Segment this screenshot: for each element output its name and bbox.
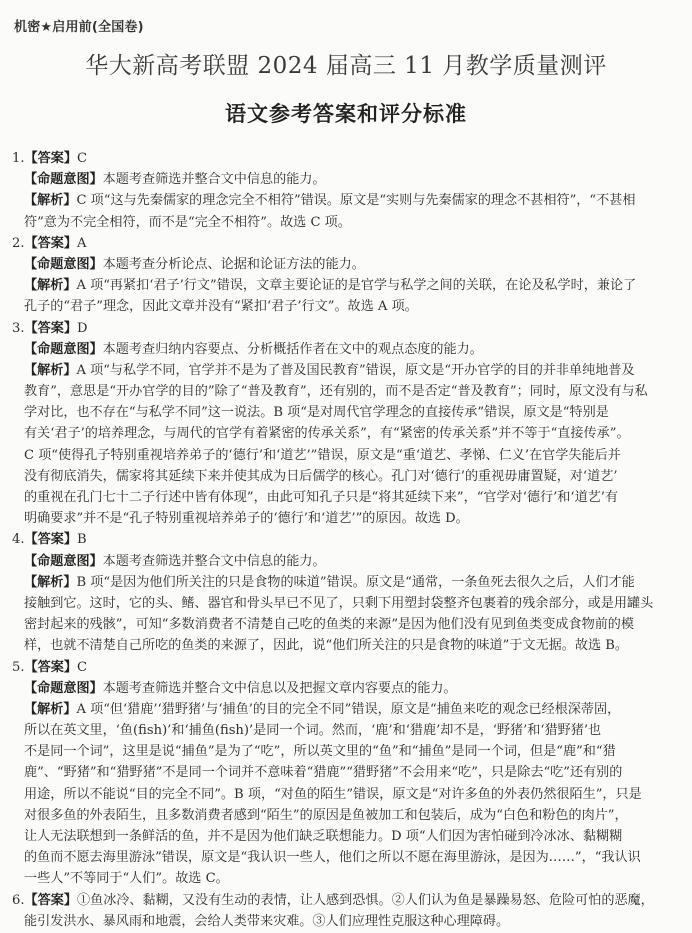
question-5-intent: 【命题意图】本题考查筛选并整合文中信息以及把握文章内容要点的能力。 [0, 678, 692, 699]
analysis-line: 样，也就不清楚自己所吃的鱼类的来源了，因此，说“他们所关注的只是食物的味道”于文… [0, 635, 692, 656]
answer-value: C [77, 660, 87, 675]
analysis-line: 有关‘君子’的培养理念，与周代的官学有着紧密的传承关系”，有“紧密的传承关系”并… [0, 423, 692, 444]
analysis-line: C 项“使得孔子特别重视培养弟子的‘德行’和‘道艺’”错误，原文是“重‘道艺、孝… [0, 445, 692, 466]
analysis-line: 所以在英文里，‘鱼(fish)’和‘捕鱼(fish)’是同一个词。然而，‘鹿’和… [0, 720, 692, 741]
analysis-line: 对很多鱼的外表陌生，且多数消费者感到“陌生”的原因是鱼被加工和包装后，成为“白色… [0, 805, 692, 826]
analysis-line: 一些人”不等同于“人们”。故选 C。 [0, 868, 692, 889]
answer-key-page: 机密★启用前(全国卷) 华大新高考联盟 2024 届高三 11 月教学质量测评 … [0, 0, 692, 933]
answers-body: 1.【答案】C 【命题意图】本题考查筛选并整合文中信息的能力。 【解析】C 项“… [0, 148, 692, 932]
question-3-answer: 3.【答案】D [0, 318, 692, 339]
answer-value: C [77, 151, 87, 166]
exam-title: 华大新高考联盟 2024 届高三 11 月教学质量测评 [0, 47, 692, 80]
analysis-line: 的重视在孔门七十二子行述中皆有体现”，由此可知孔子只是“将其延续下来”，“官学对… [0, 487, 692, 508]
question-6-answer: 6.【答案】①鱼冰冷、黏糊，又没有生动的表情，让人感到恐惧。②人们认为鱼是暴躁易… [0, 890, 692, 911]
question-2-answer: 2.【答案】A [0, 233, 692, 254]
analysis-line: 的鱼而不愿去海里游泳”错误，原文是“我认识一些人，他们之所以不愿在海里游泳，是因… [0, 847, 692, 868]
answer-value: D [77, 321, 88, 336]
question-4-answer: 4.【答案】B [0, 529, 692, 550]
question-2-intent: 【命题意图】本题考查分析论点、论据和论证方法的能力。 [0, 254, 692, 275]
analysis-line: 不是同一个词”，这里是说“捕鱼”是为了“吃”，所以英文里的“鱼”和“捕鱼”是同一… [0, 741, 692, 762]
analysis-line: 接触到它。这时，它的头、鳍、器官和骨头早已不见了，只剩下用塑封袋整齐包裹着的残余… [0, 593, 692, 614]
answer-line: 能引发洪水、暴风雨和地震，会给人类带来灾难。③人们应理性克服这种心理障碍。 [0, 911, 692, 932]
analysis-line: 密封起来的残骸”，可知“多数消费者不清楚自己吃的鱼类的来源”是因为他们没有见到鱼… [0, 614, 692, 635]
analysis-line: 鹿”、“野猪”和“猎野猪”不是同一个词并不意味着“猎鹿”“猎野猪”不会用来“吃”… [0, 762, 692, 783]
question-5-answer: 5.【答案】C [0, 657, 692, 678]
question-3-analysis: 【解析】A 项“与私学不同，官学并不是为了普及国民教育”错误，原文是“开办官学的… [0, 360, 692, 381]
question-3-intent: 【命题意图】本题考查归纳内容要点、分析概括作者在文中的观点态度的能力。 [0, 339, 692, 360]
document-subtitle: 语文参考答案和评分标准 [0, 98, 692, 128]
answer-value: A [77, 236, 86, 251]
analysis-line: 教育”，意思是“开办官学的目的”除了“普及教育”，还有别的，而不是否定“普及教育… [0, 381, 692, 402]
question-1-answer: 1.【答案】C [0, 148, 692, 169]
analysis-line: 用途，所以不能说“目的完全不同”。B 项，“对鱼的陌生”错误，原文是“对许多鱼的… [0, 784, 692, 805]
analysis-line: 孔子的“君子”理念，因此文章并没有“紧扣‘君子’行文”。故选 A 项。 [0, 296, 692, 317]
question-1-intent: 【命题意图】本题考查筛选并整合文中信息的能力。 [0, 169, 692, 190]
question-4-analysis: 【解析】B 项“是因为他们所关注的只是食物的味道”错误。原文是“通常，一条鱼死去… [0, 572, 692, 593]
analysis-line: 学对比，也不存在“与私学不同”这一说法。B 项“是对周代官学理念的直接传承”错误… [0, 402, 692, 423]
analysis-line: 让人无法联想到一条鲜活的鱼，并不是因为他们缺乏联想能力。D 项“人们因为害怕碰到… [0, 826, 692, 847]
confidential-label: 机密★启用前(全国卷) [14, 16, 144, 35]
analysis-line: 没有彻底消失，儒家将其延续下来并使其成为日后儒学的核心。孔门对‘德行’的重视毋庸… [0, 466, 692, 487]
question-4-intent: 【命题意图】本题考查筛选并整合文中信息的能力。 [0, 551, 692, 572]
analysis-line: 符”意为不完全相符，而不是“完全不相符”。故选 C 项。 [0, 212, 692, 233]
question-2-analysis: 【解析】A 项“再紧扣‘君子’行文”错误，文章主要论证的是官学与私学之间的关联，… [0, 275, 692, 296]
question-1-analysis: 【解析】C 项“这与先秦儒家的理念完全不相符”错误。原文是“实则与先秦儒家的理念… [0, 190, 692, 211]
question-5-analysis: 【解析】A 项“但‘猎鹿’‘猎野猪’与‘捕鱼’的目的完全不同”错误，原文是“捕鱼… [0, 699, 692, 720]
analysis-line: 明确要求”并不是“孔子特别重视培养弟子的‘德行’和‘道艺’”的原因。故选 D。 [0, 508, 692, 529]
answer-value: B [77, 532, 87, 547]
